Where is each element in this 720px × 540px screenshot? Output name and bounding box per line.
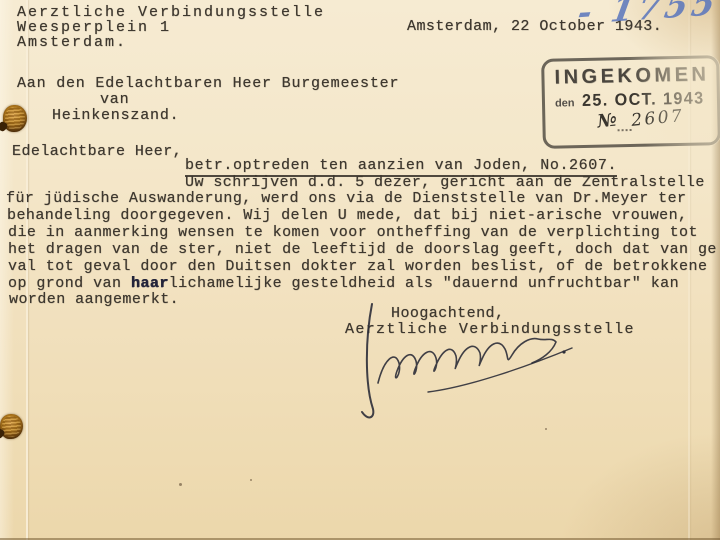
stamp-date-row: den 25. OCT. 1943 [555,88,717,111]
ingekomen-stamp: INGEKOMEN den 25. OCT. 1943 № 2607 [541,55,720,149]
letterhead-line3: Amsterdam. [17,35,127,51]
body-line1: Uw schrijven d.d. 5 dezer, gericht aan d… [185,175,705,191]
recipient-line2: van [100,92,129,108]
handwritten-signature [300,295,580,435]
salutation: Edelachtbare Heer, [12,144,182,160]
scanned-letter-page: Aerztliche Verbindungsstelle Weesperplei… [0,0,720,540]
stamp-numero-sign: № [596,110,618,133]
body-line3: behandeling doorgegeven. Wij delen U med… [7,208,688,224]
stamp-number-row: № 2607 [597,108,717,132]
body-line7-pre: op grond van [8,275,131,292]
paper-speck [545,428,547,430]
body-line8: worden aangemerkt. [9,292,179,308]
stamp-den-label: den [555,97,575,109]
recipient-line3: Heinkenszand. [52,108,179,124]
body-line5: het dragen van de ster, niet de leeftijd… [8,242,717,258]
body-line7-post: lichamelijke gesteldheid als "dauernd un… [169,275,679,292]
stamp-handwritten-number: 2607 [630,106,685,131]
stamp-dotted-line [617,116,631,131]
stamp-title: INGEKOMEN [544,63,716,90]
body-line7: op grond van haarlichamelijke gesteldhei… [8,276,679,292]
body-line2: für jüdische Auswanderung, werd ons via … [6,191,687,207]
paper-speck [250,479,252,481]
recipient-line1: Aan den Edelachtbaren Heer Burgemeester [17,76,399,92]
body-line7-overtyped-word: haar [131,275,169,292]
hole-punch-bottom [0,414,23,439]
hole-punch-top [3,105,27,132]
body-line6: val tot geval door den Duitsen dokter za… [8,259,707,275]
paper-speck [179,483,182,486]
stamp-date: 25. OCT. 1943 [581,88,704,111]
body-line4: die in aanmerking wensen te komen voor o… [8,225,698,241]
